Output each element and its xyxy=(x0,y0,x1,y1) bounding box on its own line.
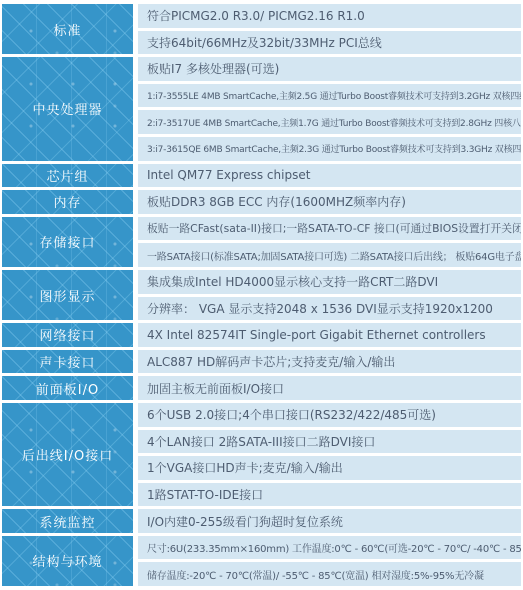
spec-rows: 集成集成Intel HD4000显示核心支持一路CRT二路DVI 分辨率： VG… xyxy=(138,270,521,320)
spec-rows: 板贴DDR3 8GB ECC 内存(1600MHZ频率内存) xyxy=(138,190,521,214)
spec-value-row: 分辨率： VGA 显示支持2048 x 1536 DVI显示支持1920x120… xyxy=(138,297,521,321)
spec-label-front-panel-io: 前面板I/O xyxy=(2,376,133,400)
spec-section-memory: 内存 板贴DDR3 8GB ECC 内存(1600MHZ频率内存) xyxy=(2,190,521,214)
spec-label-graphics: 图形显示 xyxy=(2,270,133,320)
spec-rows: 板贴一路CFast(sata-II)接口;一路SATA-TO-CF 接口(可通过… xyxy=(138,217,521,267)
spec-value-row: 一路SATA接口(标准SATA;加固SATA接口可选) 二路SATA接口后出线；… xyxy=(138,243,521,267)
spec-value-row: 集成集成Intel HD4000显示核心支持一路CRT二路DVI xyxy=(138,270,521,294)
spec-rows: 4X Intel 82574IT Single-port Gigabit Eth… xyxy=(138,323,521,347)
spec-rows: 符合PICMG2.0 R3.0/ PICMG2.16 R1.0 支持64bit/… xyxy=(138,4,521,54)
spec-label-cpu: 中央处理器 xyxy=(2,57,133,160)
spec-rows: 板贴I7 多核处理器(可选) 1:i7-3555LE 4MB SmartCach… xyxy=(138,57,521,160)
spec-rows: I/O内建0-255级看门狗超时复位系统 xyxy=(138,509,521,533)
spec-label-memory: 内存 xyxy=(2,190,133,214)
spec-value-row: 1:i7-3555LE 4MB SmartCache,主频2.5G 通过Turb… xyxy=(138,84,521,108)
spec-label-system-monitor: 系统监控 xyxy=(2,509,133,533)
spec-section-audio: 声卡接口 ALC887 HD解码声卡芯片;支持麦克/输入/输出 xyxy=(2,350,521,374)
spec-value-row: 4X Intel 82574IT Single-port Gigabit Eth… xyxy=(138,323,521,347)
spec-label-audio: 声卡接口 xyxy=(2,350,133,374)
spec-section-chipset: 芯片组 Intel QM77 Express chipset xyxy=(2,164,521,188)
spec-section-system-monitor: 系统监控 I/O内建0-255级看门狗超时复位系统 xyxy=(2,509,521,533)
spec-value-row: Intel QM77 Express chipset xyxy=(138,164,521,188)
spec-label-storage: 存储接口 xyxy=(2,217,133,267)
spec-label-rear-io: 后出线I/O接口 xyxy=(2,403,133,506)
spec-value-row: 4个LAN接口 2路SATA-III接口二路DVI接口 xyxy=(138,430,521,454)
spec-section-rear-io: 后出线I/O接口 6个USB 2.0接口;4个串口接口(RS232/422/48… xyxy=(2,403,521,506)
spec-value-row: 6个USB 2.0接口;4个串口接口(RS232/422/485可选) xyxy=(138,403,521,427)
spec-value-row: 3:i7-3615QE 6MB SmartCache,主频2.3G 通过Turb… xyxy=(138,137,521,161)
spec-rows: 加固主板无前面板I/O接口 xyxy=(138,376,521,400)
spec-value-row: I/O内建0-255级看门狗超时复位系统 xyxy=(138,509,521,533)
spec-value-row: 2:i7-3517UE 4MB SmartCache,主频1.7G 通过Turb… xyxy=(138,110,521,134)
spec-value-row: 尺寸:6U(233.35mm×160mm) 工作温度:0℃ - 60℃(可选-2… xyxy=(138,536,521,560)
spec-rows: Intel QM77 Express chipset xyxy=(138,164,521,188)
spec-section-cpu: 中央处理器 板贴I7 多核处理器(可选) 1:i7-3555LE 4MB Sma… xyxy=(2,57,521,160)
spec-value-row: 1路STAT-TO-IDE接口 xyxy=(138,483,521,507)
spec-rows: 6个USB 2.0接口;4个串口接口(RS232/422/485可选) 4个LA… xyxy=(138,403,521,506)
spec-section-structure-environment: 结构与环境 尺寸:6U(233.35mm×160mm) 工作温度:0℃ - 60… xyxy=(2,536,521,586)
spec-section-graphics: 图形显示 集成集成Intel HD4000显示核心支持一路CRT二路DVI 分辨… xyxy=(2,270,521,320)
spec-value-row: 板贴一路CFast(sata-II)接口;一路SATA-TO-CF 接口(可通过… xyxy=(138,217,521,241)
spec-value-row: 板贴I7 多核处理器(可选) xyxy=(138,57,521,81)
spec-value-row: ALC887 HD解码声卡芯片;支持麦克/输入/输出 xyxy=(138,350,521,374)
spec-label-structure-environment: 结构与环境 xyxy=(2,536,133,586)
spec-value-row: 符合PICMG2.0 R3.0/ PICMG2.16 R1.0 xyxy=(138,4,521,28)
spec-value-row: 1个VGA接口HD声卡;麦克/输入/输出 xyxy=(138,456,521,480)
spec-section-network: 网络接口 4X Intel 82574IT Single-port Gigabi… xyxy=(2,323,521,347)
spec-section-front-panel-io: 前面板I/O 加固主板无前面板I/O接口 xyxy=(2,376,521,400)
spec-label-network: 网络接口 xyxy=(2,323,133,347)
spec-table: 标准 符合PICMG2.0 R3.0/ PICMG2.16 R1.0 支持64b… xyxy=(0,0,523,590)
spec-value-row: 储存温度:-20℃ - 70℃(常温)/ -55℃ - 85℃(宽温) 相对湿度… xyxy=(138,562,521,586)
spec-label-standard: 标准 xyxy=(2,4,133,54)
spec-value-row: 支持64bit/66MHz及32bit/33MHz PCI总线 xyxy=(138,31,521,55)
spec-section-standard: 标准 符合PICMG2.0 R3.0/ PICMG2.16 R1.0 支持64b… xyxy=(2,4,521,54)
spec-label-chipset: 芯片组 xyxy=(2,164,133,188)
spec-value-row: 加固主板无前面板I/O接口 xyxy=(138,376,521,400)
spec-rows: ALC887 HD解码声卡芯片;支持麦克/输入/输出 xyxy=(138,350,521,374)
spec-value-row: 板贴DDR3 8GB ECC 内存(1600MHZ频率内存) xyxy=(138,190,521,214)
spec-section-storage: 存储接口 板贴一路CFast(sata-II)接口;一路SATA-TO-CF 接… xyxy=(2,217,521,267)
spec-rows: 尺寸:6U(233.35mm×160mm) 工作温度:0℃ - 60℃(可选-2… xyxy=(138,536,521,586)
